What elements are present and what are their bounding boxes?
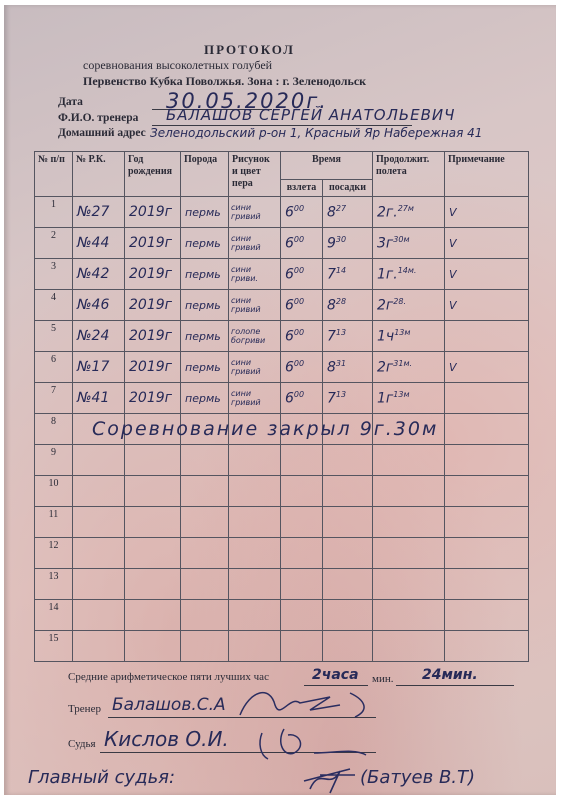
landing-time: 714 bbox=[323, 259, 373, 290]
pattern: голопебогриви bbox=[229, 321, 281, 352]
judge-signature-name: Кислов О.И. bbox=[104, 727, 229, 751]
flight-duration: 2г.27м bbox=[373, 197, 445, 228]
check-mark: V bbox=[445, 197, 529, 228]
ring-number: №46 bbox=[73, 290, 125, 321]
ring-number: №42 bbox=[73, 259, 125, 290]
check-mark bbox=[445, 321, 529, 352]
col-header-number: № п/п bbox=[35, 152, 73, 197]
table-row: 5 №24 2019г пермь голопебогриви 600 713 … bbox=[35, 321, 529, 352]
chief-judge-name: (Батуев В.Т) bbox=[360, 767, 475, 788]
pattern: синигривий bbox=[229, 383, 281, 414]
check-mark bbox=[445, 383, 529, 414]
average-minutes-value: 24мин. bbox=[422, 667, 478, 683]
table-row: 6 №17 2019г пермь синигривий 600 831 2г3… bbox=[35, 352, 529, 383]
landing-time: 713 bbox=[323, 321, 373, 352]
col-header-duration: Продолжит. полета bbox=[373, 152, 445, 197]
flight-duration: 3г30м bbox=[373, 228, 445, 259]
table-row: 3 №42 2019г пермь синигриви. 600 714 1г.… bbox=[35, 259, 529, 290]
col-header-breed: Порода bbox=[181, 152, 229, 197]
ring-number: №44 bbox=[73, 228, 125, 259]
birth-year: 2019г bbox=[125, 383, 181, 414]
results-table: № п/п № Р.К. Год рождения Порода Рисунок… bbox=[34, 151, 529, 662]
table-row-empty: 10 bbox=[35, 476, 529, 507]
flight-duration: 2г28. bbox=[373, 290, 445, 321]
takeoff-time: 600 bbox=[281, 259, 323, 290]
document-subtitle: соревнования высоколетных голубей bbox=[83, 58, 272, 73]
breed: пермь bbox=[181, 228, 229, 259]
takeoff-time: 600 bbox=[281, 290, 323, 321]
row-number: 7 bbox=[35, 383, 73, 414]
row-number: 9 bbox=[35, 445, 73, 476]
takeoff-time: 600 bbox=[281, 383, 323, 414]
row-number: 4 bbox=[35, 290, 73, 321]
landing-time: 713 bbox=[323, 383, 373, 414]
col-header-landing: посадки bbox=[323, 180, 373, 197]
birth-year: 2019г bbox=[125, 259, 181, 290]
trainer-signature-icon bbox=[230, 685, 380, 725]
row-number: 15 bbox=[35, 631, 73, 662]
protocol-sheet: ПРОТОКОЛ соревнования высоколетных голуб… bbox=[4, 5, 556, 795]
table-row-empty: 14 bbox=[35, 600, 529, 631]
pattern: синигривий bbox=[229, 228, 281, 259]
document-title: ПРОТОКОЛ bbox=[204, 42, 295, 58]
breed: пермь bbox=[181, 321, 229, 352]
table-row-empty: 13 bbox=[35, 569, 529, 600]
ring-number: №24 bbox=[73, 321, 125, 352]
takeoff-time: 600 bbox=[281, 228, 323, 259]
breed: пермь bbox=[181, 383, 229, 414]
landing-time: 930 bbox=[323, 228, 373, 259]
birth-year: 2019г bbox=[125, 321, 181, 352]
championship-line: Первенство Кубка Поволжья. Зона : г. Зел… bbox=[83, 74, 366, 89]
takeoff-time: 600 bbox=[281, 321, 323, 352]
check-mark: V bbox=[445, 352, 529, 383]
col-header-birth-year: Год рождения bbox=[125, 152, 181, 197]
trainer-name-label: Ф.И.О. тренера bbox=[58, 112, 138, 124]
takeoff-time: 600 bbox=[281, 352, 323, 383]
table-row-empty: 15 bbox=[35, 631, 529, 662]
row-number: 3 bbox=[35, 259, 73, 290]
row-number: 12 bbox=[35, 538, 73, 569]
birth-year: 2019г bbox=[125, 352, 181, 383]
breed: пермь bbox=[181, 197, 229, 228]
flight-duration: 2г31м. bbox=[373, 352, 445, 383]
trainer-signature-label: Тренер bbox=[68, 703, 101, 715]
breed: пермь bbox=[181, 290, 229, 321]
col-header-time: Время bbox=[281, 152, 373, 180]
competition-closed-note: Соревнование закрыл 9г.30м bbox=[92, 418, 438, 440]
row-number: 8 bbox=[35, 414, 73, 445]
table-row: 7 №41 2019г пермь синигривий 600 713 1г1… bbox=[35, 383, 529, 414]
chief-judge-signature-icon bbox=[300, 761, 360, 795]
judge-signature-label: Судья bbox=[68, 738, 96, 750]
birth-year: 2019г bbox=[125, 290, 181, 321]
ring-number: №17 bbox=[73, 352, 125, 383]
table-row-empty: 12 bbox=[35, 538, 529, 569]
home-address-label: Домашний адрес bbox=[58, 127, 146, 139]
row-number: 13 bbox=[35, 569, 73, 600]
pattern: синигриви. bbox=[229, 259, 281, 290]
check-mark: V bbox=[445, 290, 529, 321]
check-mark: V bbox=[445, 228, 529, 259]
col-header-takeoff: взлета bbox=[281, 180, 323, 197]
pattern: синигривий bbox=[229, 352, 281, 383]
breed: пермь bbox=[181, 259, 229, 290]
table-row-empty: 11 bbox=[35, 507, 529, 538]
average-hours-value: 2часа bbox=[312, 667, 359, 683]
breed: пермь bbox=[181, 352, 229, 383]
table-row: 1 №27 2019г пермь синигривий 600 827 2г.… bbox=[35, 197, 529, 228]
ring-number: №41 bbox=[73, 383, 125, 414]
table-row: 4 №46 2019г пермь синигривий 600 828 2г2… bbox=[35, 290, 529, 321]
row-number: 6 bbox=[35, 352, 73, 383]
table-row-empty: 9 bbox=[35, 445, 529, 476]
table-row: 2 №44 2019г пермь синигривий 600 930 3г3… bbox=[35, 228, 529, 259]
check-mark: V bbox=[445, 259, 529, 290]
row-number: 11 bbox=[35, 507, 73, 538]
col-header-pattern: Рисунок и цвет пера bbox=[229, 152, 281, 197]
landing-time: 828 bbox=[323, 290, 373, 321]
row-number: 5 bbox=[35, 321, 73, 352]
flight-duration: 1ч13м bbox=[373, 321, 445, 352]
pattern: синигривий bbox=[229, 197, 281, 228]
takeoff-time: 600 bbox=[281, 197, 323, 228]
chief-judge-label: Главный судья: bbox=[28, 767, 175, 788]
row-number: 10 bbox=[35, 476, 73, 507]
landing-time: 827 bbox=[323, 197, 373, 228]
birth-year: 2019г bbox=[125, 197, 181, 228]
date-label: Дата bbox=[58, 96, 83, 108]
flight-duration: 1г13м bbox=[373, 383, 445, 414]
birth-year: 2019г bbox=[125, 228, 181, 259]
col-header-note: Примечание bbox=[445, 152, 529, 197]
row-number: 14 bbox=[35, 600, 73, 631]
average-label: Средние арифметическое пяти лучших час bbox=[68, 671, 269, 683]
row-number: 1 bbox=[35, 197, 73, 228]
ring-number: №27 bbox=[73, 197, 125, 228]
trainer-signature-name: Балашов.С.А bbox=[112, 695, 226, 715]
flight-duration: 1г.14м. bbox=[373, 259, 445, 290]
pattern: синигривий bbox=[229, 290, 281, 321]
average-minutes-underline bbox=[396, 685, 514, 686]
trainer-name-value: БАЛАШОВ СЕРГЕЙ АНАТОЛЬЕВИЧ bbox=[166, 106, 455, 124]
col-header-ring: № Р.К. bbox=[73, 152, 125, 197]
minutes-label: мин. bbox=[372, 673, 393, 685]
home-address-value: Зеленодольский р-он 1, Красный Яр Набере… bbox=[150, 126, 482, 140]
judge-signature-icon bbox=[254, 723, 374, 763]
landing-time: 831 bbox=[323, 352, 373, 383]
row-number: 2 bbox=[35, 228, 73, 259]
